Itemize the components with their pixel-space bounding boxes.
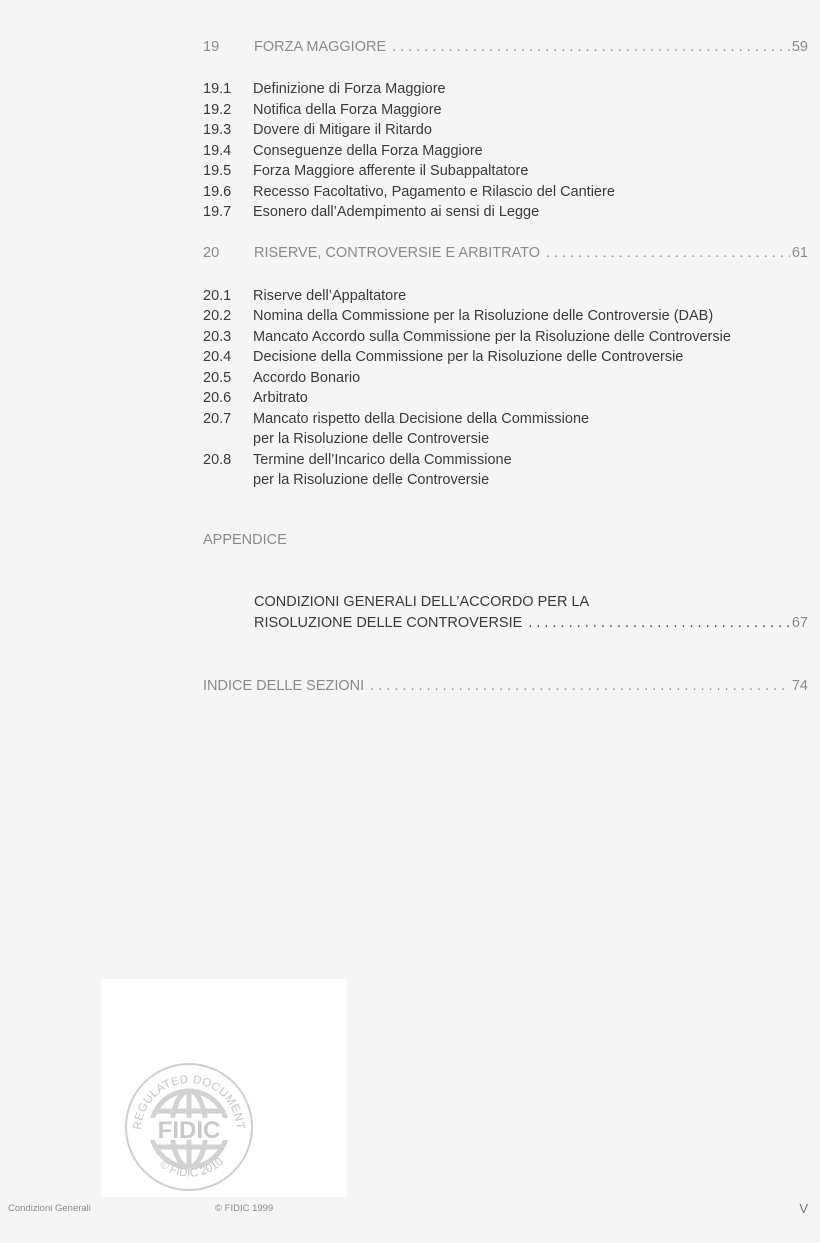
footer-page-number: V bbox=[799, 1201, 808, 1216]
table-of-contents: 19 FORZA MAGGIORE 59 19.1Definizione di … bbox=[203, 36, 808, 491]
toc-section[interactable]: 20.3Mancato Accordo sulla Commissione pe… bbox=[203, 327, 808, 348]
section-number: 19.7 bbox=[203, 202, 253, 223]
chapter-19-sections: 19.1Definizione di Forza Maggiore 19.2No… bbox=[203, 79, 808, 223]
section-number: 20.1 bbox=[203, 286, 253, 307]
toc-section[interactable]: 20.8Termine dell’Incarico della Commissi… bbox=[203, 450, 808, 491]
section-title: Notifica della Forza Maggiore bbox=[253, 100, 808, 121]
toc-chapter-19[interactable]: 19 FORZA MAGGIORE 59 bbox=[203, 36, 808, 58]
chapter-page-number: 61 bbox=[792, 242, 808, 264]
footer-copyright: © FIDIC 1999 bbox=[215, 1203, 273, 1214]
section-title: Forza Maggiore afferente il Subappaltato… bbox=[253, 161, 808, 182]
toc-section[interactable]: 19.1Definizione di Forza Maggiore bbox=[203, 79, 808, 100]
chapter-number: 20 bbox=[203, 242, 254, 264]
section-title-line: per la Risoluzione delle Controversie bbox=[253, 472, 489, 488]
dot-leader bbox=[370, 675, 790, 697]
chapter-title: FORZA MAGGIORE bbox=[254, 36, 386, 58]
toc-section[interactable]: 20.2Nomina della Commissione per la Riso… bbox=[203, 306, 808, 327]
section-number: 20.7 bbox=[203, 409, 253, 450]
section-title: Conseguenze della Forza Maggiore bbox=[253, 141, 808, 162]
section-number: 20.2 bbox=[203, 306, 253, 327]
chapter-title: RISERVE, CONTROVERSIE E ARBITRATO bbox=[254, 242, 540, 264]
section-number: 19.1 bbox=[203, 79, 253, 100]
toc-section[interactable]: 20.4Decisione della Commissione per la R… bbox=[203, 347, 808, 368]
index-page-number: 74 bbox=[792, 675, 808, 697]
section-title: Riserve dell’Appaltatore bbox=[253, 286, 808, 307]
section-title: Termine dell’Incarico della Commissionep… bbox=[253, 450, 808, 491]
chapter-number: 19 bbox=[203, 36, 254, 58]
section-number: 20.8 bbox=[203, 450, 253, 491]
section-number: 19.4 bbox=[203, 141, 253, 162]
section-number: 20.5 bbox=[203, 368, 253, 389]
toc-section[interactable]: 19.6Recesso Facoltativo, Pagamento e Ril… bbox=[203, 182, 808, 203]
index-entry[interactable]: INDICE DELLE SEZIONI 74 bbox=[203, 675, 808, 697]
index-title: INDICE DELLE SEZIONI bbox=[203, 675, 364, 697]
section-title: Esonero dall’Adempimento ai sensi di Leg… bbox=[253, 202, 808, 223]
section-title: Decisione della Commissione per la Risol… bbox=[253, 347, 808, 368]
toc-chapter-20[interactable]: 20 RISERVE, CONTROVERSIE E ARBITRATO 61 bbox=[203, 242, 808, 264]
section-number: 19.5 bbox=[203, 161, 253, 182]
dot-leader bbox=[528, 613, 790, 634]
section-number: 20.3 bbox=[203, 327, 253, 348]
stamp-panel: FIDIC REGULATED DOCUMENT © FIDIC 2010 bbox=[101, 979, 347, 1197]
appendix-entry-line2: RISOLUZIONE DELLE CONTROVERSIE bbox=[254, 613, 522, 634]
section-title-line: Termine dell’Incarico della Commissione bbox=[253, 452, 512, 468]
section-title: Recesso Facoltativo, Pagamento e Rilasci… bbox=[253, 182, 808, 203]
section-title: Definizione di Forza Maggiore bbox=[253, 79, 808, 100]
page-footer: Condizioni Generali © FIDIC 1999 V bbox=[0, 1202, 820, 1218]
toc-section[interactable]: 20.1Riserve dell’Appaltatore bbox=[203, 286, 808, 307]
section-number: 19.6 bbox=[203, 182, 253, 203]
toc-section[interactable]: 20.7Mancato rispetto della Decisione del… bbox=[203, 409, 808, 450]
toc-section[interactable]: 19.3Dovere di Mitigare il Ritardo bbox=[203, 120, 808, 141]
appendix-page-number: 67 bbox=[792, 613, 808, 634]
section-title: Nomina della Commissione per la Risoluzi… bbox=[253, 306, 808, 327]
appendix-entry[interactable]: CONDIZIONI GENERALI DELL’ACCORDO PER LA … bbox=[254, 592, 808, 634]
footer-document-title: Condizioni Generali bbox=[8, 1203, 91, 1214]
section-title-line: Mancato rispetto della Decisione della C… bbox=[253, 411, 589, 427]
section-number: 20.6 bbox=[203, 388, 253, 409]
dot-leader bbox=[546, 242, 790, 264]
toc-section[interactable]: 19.7Esonero dall’Adempimento ai sensi di… bbox=[203, 202, 808, 223]
section-title: Mancato Accordo sulla Commissione per la… bbox=[253, 327, 808, 348]
appendix-entry-line1: CONDIZIONI GENERALI DELL’ACCORDO PER LA bbox=[254, 592, 808, 613]
stamp-center-text: FIDIC bbox=[158, 1117, 221, 1144]
section-number: 19.2 bbox=[203, 100, 253, 121]
dot-leader bbox=[392, 36, 790, 58]
fidic-regulated-document-stamp-icon: FIDIC REGULATED DOCUMENT © FIDIC 2010 bbox=[123, 1061, 255, 1193]
section-title: Accordo Bonario bbox=[253, 368, 808, 389]
chapter-20-sections: 20.1Riserve dell’Appaltatore 20.2Nomina … bbox=[203, 286, 808, 491]
section-title: Mancato rispetto della Decisione della C… bbox=[253, 409, 808, 450]
toc-section[interactable]: 19.5Forza Maggiore afferente il Subappal… bbox=[203, 161, 808, 182]
section-title-line: per la Risoluzione delle Controversie bbox=[253, 431, 489, 447]
toc-section[interactable]: 19.4Conseguenze della Forza Maggiore bbox=[203, 141, 808, 162]
toc-section[interactable]: 20.5Accordo Bonario bbox=[203, 368, 808, 389]
section-number: 19.3 bbox=[203, 120, 253, 141]
appendix-heading: APPENDICE bbox=[203, 530, 287, 550]
section-number: 20.4 bbox=[203, 347, 253, 368]
toc-section[interactable]: 19.2Notifica della Forza Maggiore bbox=[203, 100, 808, 121]
section-title: Dovere di Mitigare il Ritardo bbox=[253, 120, 808, 141]
toc-section[interactable]: 20.6Arbitrato bbox=[203, 388, 808, 409]
section-title: Arbitrato bbox=[253, 388, 808, 409]
chapter-page-number: 59 bbox=[792, 36, 808, 58]
